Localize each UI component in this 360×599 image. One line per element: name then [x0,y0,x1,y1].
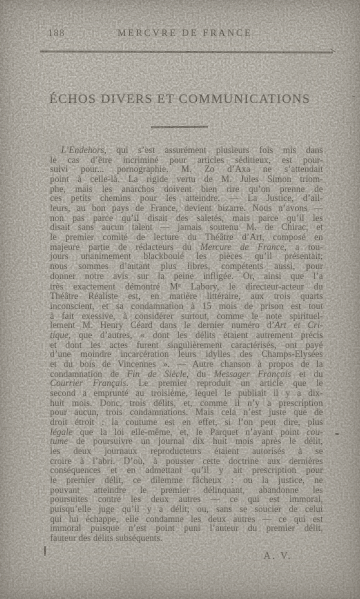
body-text-segment: , du [186,369,213,379]
body-text-segment: condamnation de [50,369,127,379]
body-text-segment: nous sommes d’autant plus libres, compét… [50,261,323,271]
body-text-segment: conséquences et en admettant qu’il y ait… [50,465,323,475]
body-text-segment: phe, mais les anarchos doivent bien rire… [50,184,323,194]
body-text-segment: point à celle-là. La rigide vertu de M. … [50,174,323,184]
body-text-segment: pour aucun, trois condamnations. Mais ce… [50,407,323,417]
body-text-segment: immoral puisque n’est point puni l’auteu… [50,523,323,533]
ink-smudge [44,546,46,556]
body-text-segment: jours unanimement blackboulé les pièces … [50,251,323,261]
body-text-segment: , qui s’est assurément plusieurs fois mi… [104,145,323,155]
body-text-segment: de poursuivre un journal dix huit mois a… [68,436,323,446]
body-text-segment: et du [291,369,323,379]
body-text-segment: d’une moindre incarcération leurs idylle… [50,349,323,359]
italic-text: cou- [307,427,323,437]
body-text-segment: huit mois. Donc, trois délits, et, comme… [50,398,323,408]
body-text-segment: puisqu’elle juge qu’il y a délit; ou, sa… [50,504,323,514]
body-text-segment: inconscient, et sa condamnation à 15 moi… [50,301,323,311]
body-text-segment: poursuites contre les deux autres — ce q… [50,494,323,504]
body-text-segment: que la loi elle-même, et, le Parquet n’a… [73,427,307,437]
italic-text: Art et Cri- [275,320,323,330]
italic-text: Mercure de France [200,242,284,252]
body-text-segment: disait sans aucun talent — jamais souten… [50,222,323,232]
scanned-page: 188 MERCVRE DE FRANCE ÉCHOS DIVERS ET CO… [0,0,360,599]
body-text-segment: , que d’autres, « dont les délits étaien… [69,330,324,340]
body-text-segment: non pas parce qu’il disait des saletés, … [50,213,323,223]
journal-title: MERCVRE DE FRANCE [10,29,360,39]
body-text-segment: qui lui échappe, elle condamne les deux … [50,514,323,524]
body-text-segment: . Le premier reproduit un article que le [126,378,323,388]
body-text-segment: suivi pour... pornographie. M. Zo d’Axa … [50,164,323,174]
italic-text: Courrier Français [50,378,126,388]
body-text-segment: très exactement démontré M [50,282,178,292]
body-text-segment: , a tou- [284,242,323,252]
italic-text: tique [50,330,69,340]
body-text-segment: pouvant atteindre le premier délinquant,… [50,485,323,495]
text-line: donner notre avis sur la peine infligée.… [50,272,323,282]
article-body: L’Endehors, qui s’est assurément plusieu… [50,146,323,544]
ink-smudge [335,433,339,435]
italic-text: légale [50,427,73,437]
body-text-segment: croire à l’abri. D’où, à pousser cette d… [50,456,323,466]
body-text-segment: Théâtre Réaliste est, en matière littéra… [50,291,323,301]
section-heading: ÉCHOS DIVERS ET COMMUNICATIONS [20,91,340,107]
body-text-segment: le premier comité de lecture du Théâtre … [50,232,323,242]
body-text-segment: leurs, au bon pays de France, devient bi… [50,203,323,213]
body-text-segment: Labory, le directeur-acteur du [181,282,323,292]
italic-text: Messager Français [214,369,291,379]
body-text-segment: le premier délit, ce dilemme fâcheux : o… [50,475,323,485]
italic-text: L’Endehors [61,145,104,155]
heading-divider-rule [151,126,208,128]
ink-smudge [352,96,355,98]
body-text-segment: droit étroit : la coutume est en effet, … [50,417,323,427]
author-initials: A. V. [50,551,323,562]
body-text-segment: les deux journaux reproducteurs étaient … [50,446,323,456]
body-text-segment: ces petits chemins pour les atteindre. —… [50,193,323,203]
paper-blotch [90,560,180,599]
body-text-segment: majeure partie de rédacteurs du [50,242,200,252]
body-text-segment: et du bois de Vincennes ». — Autre chans… [50,359,323,369]
italic-text: Fin de Siècle [127,369,187,379]
body-text-segment: fauteur des délits subséquents. [50,533,163,543]
body-text-segment: donner notre avis sur la peine infligée.… [50,271,323,281]
body-text-segment: le cas d’être incriminé pour articles sé… [50,155,323,165]
italic-text: tume [50,436,68,446]
text-line: fauteur des délits subséquents. [50,534,323,544]
body-text-segment: second a emprunté au troisième, lequel l… [50,388,323,398]
header-rule [40,50,333,53]
body-text-segment: et dont les actes furent singulièrement … [50,340,323,350]
body-text-segment: à fait exessive, à considérer surtout, c… [50,311,323,321]
body-text-segment: lement M. Henry Céard dans le dernier nu… [50,320,275,330]
